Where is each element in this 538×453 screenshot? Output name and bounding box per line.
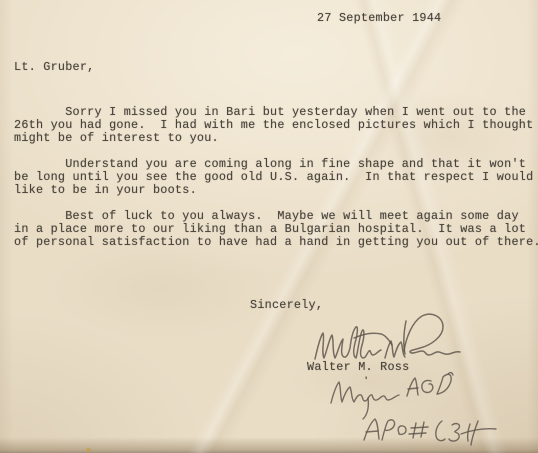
letter-document: 27 September 1944 Lt. Gruber, Sorry I mi… [0,0,538,453]
letter-date: 27 September 1944 [317,12,441,25]
salutation: Lt. Gruber, [14,61,94,74]
typed-signature-name: Walter M. Ross [307,361,409,374]
signature-walter-m-ross: Walter M. Ross (handwritten signature) [315,314,460,359]
handwritten-apo: APO # 534 (handwritten) [364,419,496,445]
paragraph-3: Best of luck to you always. Maybe we wil… [14,210,538,250]
handwritten-rank: Major AGD (handwritten) [331,373,453,419]
paper-speck [86,448,91,452]
paragraph-2: Understand you are coming along in fine … [14,158,533,198]
paragraph-1: Sorry I missed you in Bari but yesterday… [14,106,533,146]
closing: Sincerely, [250,299,323,312]
